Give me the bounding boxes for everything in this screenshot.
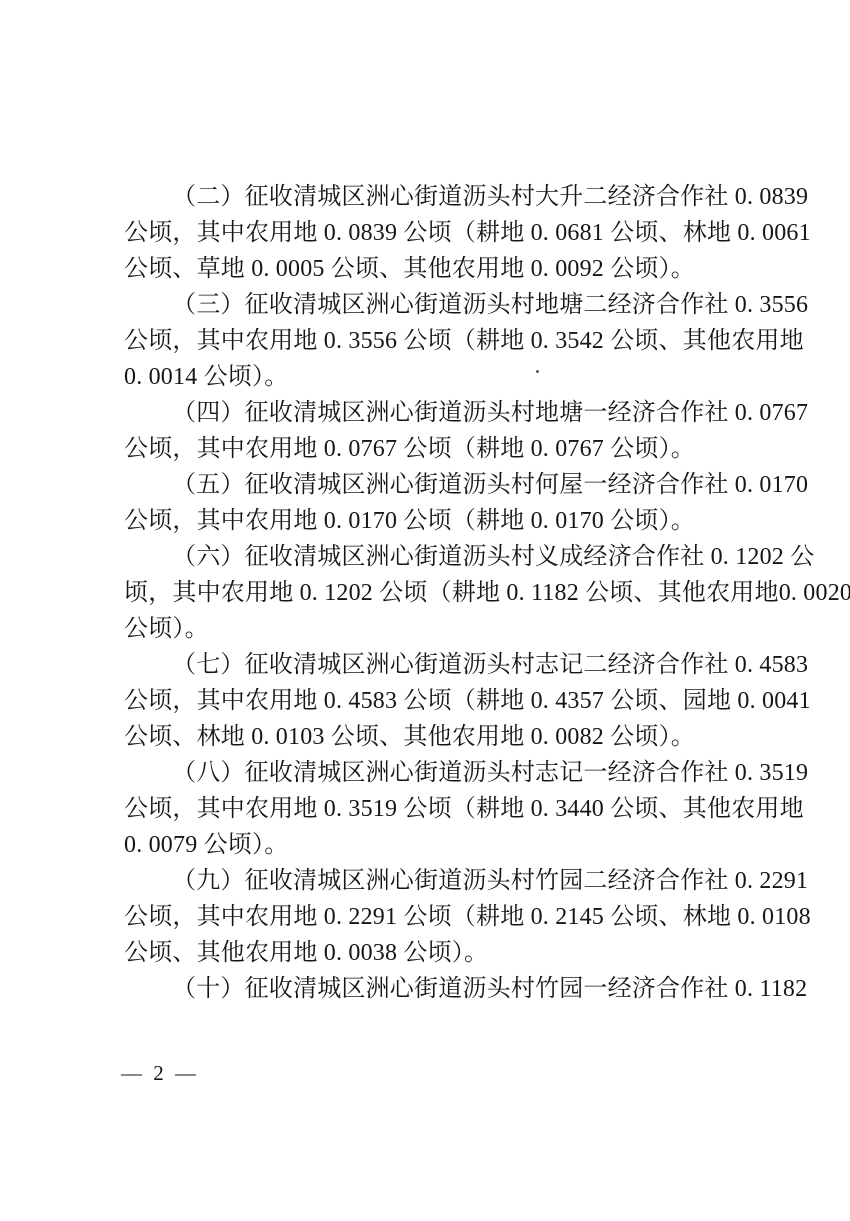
paragraph-line: （七）征收清城区洲心街道沥头村志记二经济合作社 0. 4583: [124, 647, 736, 683]
paragraph-6: （六）征收清城区洲心街道沥头村义成经济合作社 0. 1202 公顷，其中农用地 …: [124, 539, 736, 647]
paragraph-line: 公顷，其中农用地 0. 3556 公顷（耕地 0. 3542 公顷、其他农用地: [124, 323, 736, 359]
paragraph-line: 公顷、草地 0. 0005 公顷、其他农用地 0. 0092 公顷）。: [124, 251, 736, 287]
paragraph-line: 公顷）。: [124, 611, 736, 647]
paragraph-line: （四）征收清城区洲心街道沥头村地塘一经济合作社 0. 0767: [124, 395, 736, 431]
paragraph-line: （三）征收清城区洲心街道沥头村地塘二经济合作社 0. 3556: [124, 287, 736, 323]
paragraph-line: 公顷，其中农用地 0. 0767 公顷（耕地 0. 0767 公顷）。: [124, 431, 736, 467]
paragraph-7: （七）征收清城区洲心街道沥头村志记二经济合作社 0. 4583公顷，其中农用地 …: [124, 647, 736, 755]
paragraph-line: 公顷，其中农用地 0. 0170 公顷（耕地 0. 0170 公顷）。: [124, 503, 736, 539]
paragraph-line: （五）征收清城区洲心街道沥头村何屋一经济合作社 0. 0170: [124, 467, 736, 503]
paragraph-line: （九）征收清城区洲心街道沥头村竹园二经济合作社 0. 2291: [124, 863, 736, 899]
page-number: — 2 —: [121, 1061, 199, 1086]
paragraph-line: 公顷，其中农用地 0. 2291 公顷（耕地 0. 2145 公顷、林地 0. …: [124, 899, 736, 935]
paragraph-10: （十）征收清城区洲心街道沥头村竹园一经济合作社 0. 1182: [124, 971, 736, 1007]
paragraph-4: （四）征收清城区洲心街道沥头村地塘一经济合作社 0. 0767公顷，其中农用地 …: [124, 395, 736, 467]
paragraph-line: 公顷、其他农用地 0. 0038 公顷）。: [124, 935, 736, 971]
paragraph-line: 公顷、林地 0. 0103 公顷、其他农用地 0. 0082 公顷）。: [124, 719, 736, 755]
paragraph-line: 0. 0014 公顷）。: [124, 359, 736, 395]
document-body: （二）征收清城区洲心街道沥头村大升二经济合作社 0. 0839公顷，其中农用地 …: [124, 179, 736, 1007]
paragraph-9: （九）征收清城区洲心街道沥头村竹园二经济合作社 0. 2291公顷，其中农用地 …: [124, 863, 736, 971]
paragraph-2: （二）征收清城区洲心街道沥头村大升二经济合作社 0. 0839公顷，其中农用地 …: [124, 179, 736, 287]
paragraph-line: （六）征收清城区洲心街道沥头村义成经济合作社 0. 1202 公: [124, 539, 736, 575]
scan-artifact-dot: [536, 370, 539, 373]
paragraph-line: 0. 0079 公顷）。: [124, 827, 736, 863]
paragraph-line: 顷，其中农用地 0. 1202 公顷（耕地 0. 1182 公顷、其他农用地0.…: [124, 575, 736, 611]
paragraph-8: （八）征收清城区洲心街道沥头村志记一经济合作社 0. 3519公顷，其中农用地 …: [124, 755, 736, 863]
paragraph-3: （三）征收清城区洲心街道沥头村地塘二经济合作社 0. 3556公顷，其中农用地 …: [124, 287, 736, 395]
paragraph-line: 公顷，其中农用地 0. 0839 公顷（耕地 0. 0681 公顷、林地 0. …: [124, 215, 736, 251]
paragraph-line: 公顷，其中农用地 0. 3519 公顷（耕地 0. 3440 公顷、其他农用地: [124, 791, 736, 827]
paragraph-5: （五）征收清城区洲心街道沥头村何屋一经济合作社 0. 0170公顷，其中农用地 …: [124, 467, 736, 539]
document-page: （二）征收清城区洲心街道沥头村大升二经济合作社 0. 0839公顷，其中农用地 …: [0, 0, 850, 1221]
paragraph-line: （十）征收清城区洲心街道沥头村竹园一经济合作社 0. 1182: [124, 971, 736, 1007]
paragraph-line: （八）征收清城区洲心街道沥头村志记一经济合作社 0. 3519: [124, 755, 736, 791]
paragraph-line: 公顷，其中农用地 0. 4583 公顷（耕地 0. 4357 公顷、园地 0. …: [124, 683, 736, 719]
paragraph-line: （二）征收清城区洲心街道沥头村大升二经济合作社 0. 0839: [124, 179, 736, 215]
